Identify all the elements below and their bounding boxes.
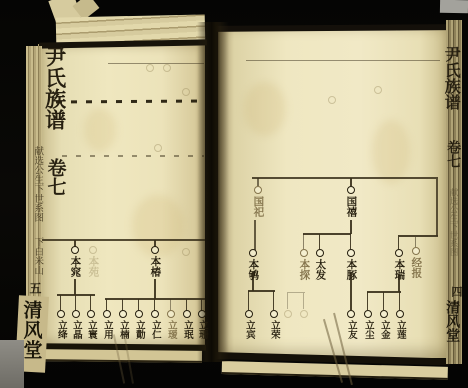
tree-line <box>257 178 259 186</box>
node-circle <box>249 249 257 257</box>
node-label: 立宾 <box>244 320 254 339</box>
tree-line <box>75 295 76 311</box>
node-circle <box>300 249 308 257</box>
tree-node: 国祀 <box>253 186 263 217</box>
left-chart-title: 献选公生下世系图 <box>32 146 42 222</box>
node-label: 立金 <box>379 320 389 339</box>
right-margin-volume: 卷七 <box>445 140 460 168</box>
node-circle <box>154 144 162 152</box>
tree-node: 本苑 <box>88 246 98 277</box>
tree-line <box>350 234 351 249</box>
tree-node-ghost <box>162 64 172 72</box>
right-margin-title: 尹氏族谱 <box>443 46 460 110</box>
node-circle <box>72 310 80 318</box>
node-circle <box>103 310 111 318</box>
node-label: 立荣 <box>269 320 279 339</box>
tree-line <box>39 239 205 241</box>
tree-line <box>154 279 156 299</box>
left-hall-mark: 清风堂 <box>21 300 42 360</box>
node-label: 经报 <box>411 257 422 278</box>
node-label: 国祀 <box>253 196 264 217</box>
node-label: 立寰 <box>86 320 96 339</box>
tree-node-ghost <box>181 88 191 96</box>
tree-node: 立尘 <box>363 310 373 339</box>
tree-line <box>303 293 304 309</box>
tree-line <box>303 234 304 249</box>
tree-node: 立用 <box>102 310 112 339</box>
tree-node: 本鸲 <box>248 249 258 280</box>
scan-corner-patch <box>0 340 24 388</box>
tree-line <box>248 291 249 310</box>
tree-line <box>350 178 352 186</box>
tree-node: 经报 <box>411 247 421 278</box>
tree-line <box>350 220 352 234</box>
tree-node: 本椿 <box>150 246 160 277</box>
node-label: 太发 <box>315 259 326 280</box>
tree-node: 立金 <box>379 310 389 339</box>
tree-line <box>60 295 61 311</box>
node-circle <box>135 310 143 318</box>
tree-node: 立绛 <box>56 310 66 339</box>
tree-line <box>74 279 76 295</box>
node-label: 立勣 <box>134 320 144 339</box>
node-circle <box>395 249 403 257</box>
right-hall-mark: 清风堂 <box>444 300 459 342</box>
node-label: 立珉 <box>182 320 192 339</box>
left-place-label: 下白米山 <box>32 237 42 275</box>
node-label: 立晶 <box>71 320 81 339</box>
tree-node: 太发 <box>315 249 325 280</box>
tree-line <box>383 292 384 310</box>
node-circle <box>347 310 355 318</box>
node-label: 本椿 <box>150 256 161 277</box>
node-label: 本瑞 <box>394 259 405 280</box>
tree-line <box>108 63 204 64</box>
node-label: 立仁 <box>150 320 160 339</box>
node-label: 本探 <box>299 259 310 280</box>
node-label: 立莲 <box>395 320 405 339</box>
tree-node: 立莲 <box>395 310 405 339</box>
tree-node: 立勣 <box>134 310 144 339</box>
node-circle <box>151 246 159 254</box>
node-circle <box>163 64 171 72</box>
node-circle <box>347 249 355 257</box>
tree-node: 立瑷 <box>166 310 176 339</box>
node-circle <box>57 310 65 318</box>
tree-node: 立楠 <box>118 310 128 339</box>
tree-line <box>399 292 400 310</box>
node-circle <box>284 310 292 318</box>
node-circle <box>316 249 324 257</box>
tree-node: 立晶 <box>71 310 81 339</box>
node-circle <box>380 310 388 318</box>
node-circle <box>412 247 420 255</box>
tree-line <box>273 291 274 310</box>
genealogy-tree: 本窕本苑本椿立绛立晶立寰立用立楠立勣立仁立瑷立珉立珊国祀国禧本鸲本探太发本豚本瑞… <box>0 0 468 388</box>
node-circle <box>270 310 278 318</box>
left-page-under-edge <box>42 349 202 363</box>
tree-node: 本探 <box>299 249 309 280</box>
node-label: 国禧 <box>346 196 357 217</box>
node-circle <box>254 186 262 194</box>
node-label: 立友 <box>346 320 356 339</box>
node-circle <box>87 310 95 318</box>
node-label: 立尘 <box>363 320 373 339</box>
node-circle <box>71 246 79 254</box>
book-scan: 本窕本苑本椿立绛立晶立寰立用立楠立勣立仁立瑷立珉立珊国祀国禧本鸲本探太发本豚本瑞… <box>0 0 468 388</box>
node-label: 本窕 <box>70 256 81 277</box>
tree-node: 立荣 <box>269 310 279 339</box>
node-label: 立楠 <box>118 320 128 339</box>
right-chart-title: 献选公生下世系图 <box>448 188 457 256</box>
tree-node-ghost <box>373 86 383 94</box>
tree-line <box>252 177 438 179</box>
tree-line <box>367 292 368 310</box>
node-circle <box>182 88 190 96</box>
node-circle <box>183 310 191 318</box>
node-label: 立绛 <box>56 320 66 339</box>
node-label: 本苑 <box>88 256 99 277</box>
tree-line <box>248 290 275 292</box>
tree-line <box>246 60 440 61</box>
node-circle <box>146 64 154 72</box>
node-circle <box>396 310 404 318</box>
tree-line <box>287 293 288 309</box>
tree-node-ghost <box>153 144 163 152</box>
node-circle <box>300 310 308 318</box>
scan-corner-patch <box>440 0 468 13</box>
node-circle <box>245 310 253 318</box>
tree-node: 立友 <box>346 310 356 339</box>
tree-line <box>398 237 399 249</box>
node-circle <box>167 310 175 318</box>
tree-line <box>303 233 351 235</box>
tree-node: 立仁 <box>150 310 160 339</box>
node-label: 本豚 <box>346 259 357 280</box>
node-label: 立用 <box>102 320 112 339</box>
node-circle <box>119 310 127 318</box>
tree-line <box>90 295 91 311</box>
tree-node: 立珉 <box>182 310 192 339</box>
left-spine-title: 尹氏族谱 <box>43 46 66 130</box>
tree-node: 本瑞 <box>394 249 404 280</box>
tree-node-ghost <box>181 248 191 256</box>
tree-node-ghost <box>327 96 337 104</box>
tree-line <box>398 235 438 237</box>
node-circle <box>89 246 97 254</box>
node-circle <box>182 248 190 256</box>
node-label: 本鸲 <box>248 259 259 280</box>
node-label: 立瑷 <box>166 320 176 339</box>
tree-line <box>254 220 256 250</box>
tree-node: 本窕 <box>70 246 80 277</box>
tree-line <box>319 234 320 249</box>
node-circle <box>151 310 159 318</box>
right-page-number: 四 <box>450 286 462 297</box>
tree-line <box>436 179 438 236</box>
tree-node-ghost <box>283 310 293 318</box>
tree-node-ghost <box>145 64 155 72</box>
node-circle <box>328 96 336 104</box>
node-circle <box>364 310 372 318</box>
left-spine-volume: 卷七 <box>45 158 66 196</box>
tree-node: 本豚 <box>346 249 356 280</box>
node-circle <box>347 186 355 194</box>
tree-node-ghost <box>299 310 309 318</box>
node-circle <box>374 86 382 94</box>
tree-node: 国禧 <box>346 186 356 217</box>
book-gutter-fold <box>197 22 229 362</box>
tree-line <box>415 237 416 247</box>
tree-node: 立宾 <box>244 310 254 339</box>
left-page-number: 五 <box>28 282 41 294</box>
tree-node: 立寰 <box>86 310 96 339</box>
